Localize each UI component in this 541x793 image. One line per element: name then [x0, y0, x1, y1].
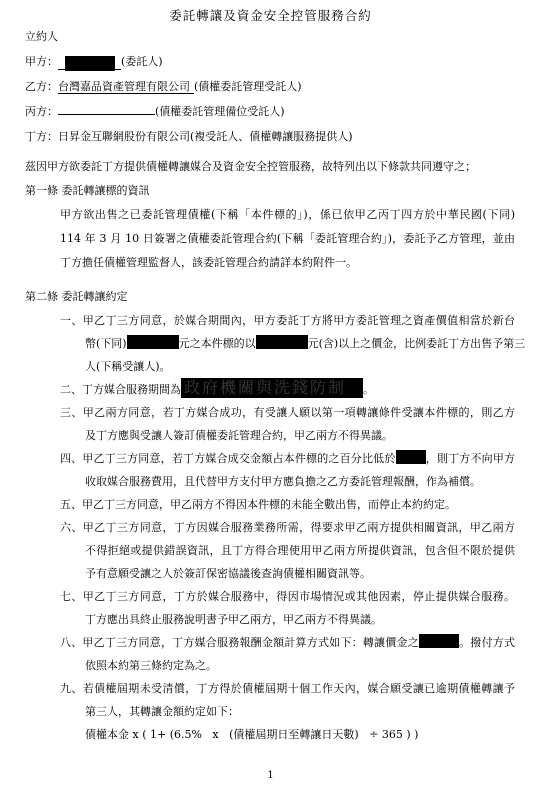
party-line-ding: 丁方：日昇金互聯網股份有限公司(複受託人、債權轉讓服務提供人)	[25, 124, 541, 149]
article1-heading: 第一條 委託轉讓標的資訊	[25, 179, 541, 203]
article2-item9-line2: 第三人，其轉讓金額約定如下：	[85, 700, 541, 723]
party-bing-label: 丙方：	[25, 105, 58, 118]
article1-body-line1: 甲方欲出售之已委託管理債權(下稱「本件標的」)，係已依甲乙丙丁四方於中華民國(下…	[60, 203, 515, 227]
article1-body-line3: 丁方擔任債權管理監督人，該委託管理合約請詳本約附件一。	[60, 251, 541, 275]
article2-item9-line1: 九、若債權屆期未受清償，丁方得於債權屆期十個工作天內，媒合願受讓已逾期債權轉讓予	[60, 677, 515, 700]
text-segment: 元之本件標的以	[179, 337, 256, 350]
text-segment: 八、甲乙丁三方同意，丁方媒合服務報酬金額計算方式如下：轉讓價金之	[60, 636, 419, 649]
redaction-box-price-amount	[256, 335, 308, 349]
redaction-box-jia-name	[65, 56, 115, 71]
article-1: 第一條 委託轉讓標的資訊 甲方欲出售之已委託管理債權(下稱「本件標的」)，係已依…	[0, 179, 541, 275]
article2-item6-line1: 六、甲乙丁三方同意，丁方因媒合服務業務所需，得要求甲乙兩方提供相關資訊，甲乙兩方	[60, 516, 515, 539]
article2-item7-line1: 七、甲乙丁三方同意，丁方於媒合服務中，得因市場情況或其他因素，停止提供媒合服務。	[60, 585, 515, 608]
party-line-jia: 甲方：(委託人)	[25, 49, 541, 74]
redaction-box-service-period: 政府機關與洗錢防制	[181, 378, 363, 398]
party-yi-company-name: 台灣嘉品資產管理有限公司	[58, 80, 194, 94]
article2-item9-formula: 債權本金 x ( 1+ (6.5% x (債權屆期日至轉讓日天數) ÷ 365 …	[85, 723, 541, 746]
article1-body-line2: 114 年 3 月 10 日簽署之債權委託管理合約(下稱「委託管理合約」)，委託…	[60, 227, 515, 251]
article2-item6-line2: 不得拒絕或提供錯誤資訊，且丁方得合理使用甲乙兩方所提供資訊，包含但不限於提供	[85, 539, 515, 562]
text-segment: 二、丁方媒合服務期間為	[60, 383, 181, 396]
redaction-ghost-text: 政府機關與洗錢防制	[184, 378, 346, 397]
party-line-bing: 丙方：(債權委託管理備位受託人)	[25, 99, 541, 124]
article2-item7-line2: 丁方應出具終止服務說明書予甲乙兩方，甲乙兩方不得異議。	[85, 608, 541, 631]
article-2: 第二條 委託轉讓約定 一、甲乙丁三方同意，於媒合期間內，甲方委託丁方將甲方委託管…	[0, 285, 541, 746]
article2-item1-line3: 人(下稱受讓人)。	[85, 355, 541, 378]
text-segment: 元(含)以上之價金，比例委託丁方出售予第三	[308, 337, 526, 350]
parties-intro: 立約人	[25, 24, 541, 49]
text-segment: 。	[363, 383, 374, 396]
article2-item4-line1: 四、甲乙丁三方同意，若丁方媒合成交金額占本件標的之百分比低於，則丁方不向甲方	[60, 447, 515, 470]
party-bing-blank-underline	[58, 101, 155, 115]
party-ding-label: 丁方：	[25, 130, 58, 143]
party-line-yi: 乙方：台灣嘉品資產管理有限公司(債權委託管理受託人)	[25, 74, 541, 99]
article2-item1-line1: 一、甲乙丁三方同意，於媒合期間內，甲方委託丁方將甲方委託管理之資產價值相當於新台	[60, 309, 515, 332]
text-segment: ，則丁方不向甲方	[426, 452, 515, 465]
article2-item2-line1: 二、丁方媒合服務期間為政府機關與洗錢防制。	[60, 378, 541, 401]
article2-item6-line3: 予有意願受讓之人於簽訂保密協議後查詢債權相關資訊等。	[85, 562, 541, 585]
redaction-box-fee-rate	[419, 634, 459, 648]
parties-section: 立約人 甲方：(委託人) 乙方：台灣嘉品資產管理有限公司(債權委託管理受託人) …	[0, 24, 541, 149]
text-segment: 幣(下同)	[85, 337, 127, 350]
article2-item3-line1: 三、甲乙兩方同意，若丁方媒合成功，有受讓人願以第一項轉讓條件受讓本件標的，則乙方	[60, 401, 515, 424]
party-jia-blank-underline	[58, 52, 121, 70]
redaction-box-asset-amount	[127, 335, 179, 349]
text-segment: 。撥付方式	[459, 636, 515, 649]
party-yi-suffix: (債權委託管理受託人)	[194, 80, 302, 93]
article2-item4-line2: 收取媒合服務費用，且代替甲方支付甲方應負擔之乙方委託管理報酬，作為補償。	[85, 470, 541, 493]
party-jia-label: 甲方：	[25, 55, 58, 68]
article2-item3-line2: 及丁方應與受讓人簽訂債權委託管理合約，甲乙兩方不得異議。	[85, 424, 541, 447]
party-jia-suffix: (委託人)	[121, 55, 163, 68]
party-bing-suffix: (債權委託管理備位受託人)	[155, 105, 285, 118]
text-segment: 四、甲乙丁三方同意，若丁方媒合成交金額占本件標的之百分比低於	[60, 452, 396, 465]
party-ding-text: 日昇金互聯網股份有限公司(複受託人、債權轉讓服務提供人)	[58, 130, 353, 143]
article2-item8-line1: 八、甲乙丁三方同意，丁方媒合服務報酬金額計算方式如下：轉讓價金之。撥付方式	[60, 631, 515, 654]
article2-item8-line2: 依照本約第三條約定為之。	[85, 654, 541, 677]
party-yi-label: 乙方：	[25, 80, 58, 93]
article2-item1-line2: 幣(下同)元之本件標的以元(含)以上之價金，比例委託丁方出售予第三	[85, 332, 515, 355]
contract-document: 委託轉讓及資金安全控管服務合約 立約人 甲方：(委託人) 乙方：台灣嘉品資產管理…	[0, 0, 541, 793]
article2-item5-line1: 五、甲乙丁三方同意，甲乙兩方不得因本件標的未能全數出售，而停止本約約定。	[60, 493, 541, 516]
article2-heading: 第二條 委託轉讓約定	[25, 285, 541, 309]
contract-title: 委託轉讓及資金安全控管服務合約	[0, 8, 541, 24]
preamble: 茲因甲方欲委託丁方提供債權轉讓媒合及資金安全控管服務，故特列出以下條款共同遵守之…	[25, 155, 541, 179]
redaction-box-percentage	[396, 450, 426, 464]
page-number: 1	[0, 770, 541, 781]
